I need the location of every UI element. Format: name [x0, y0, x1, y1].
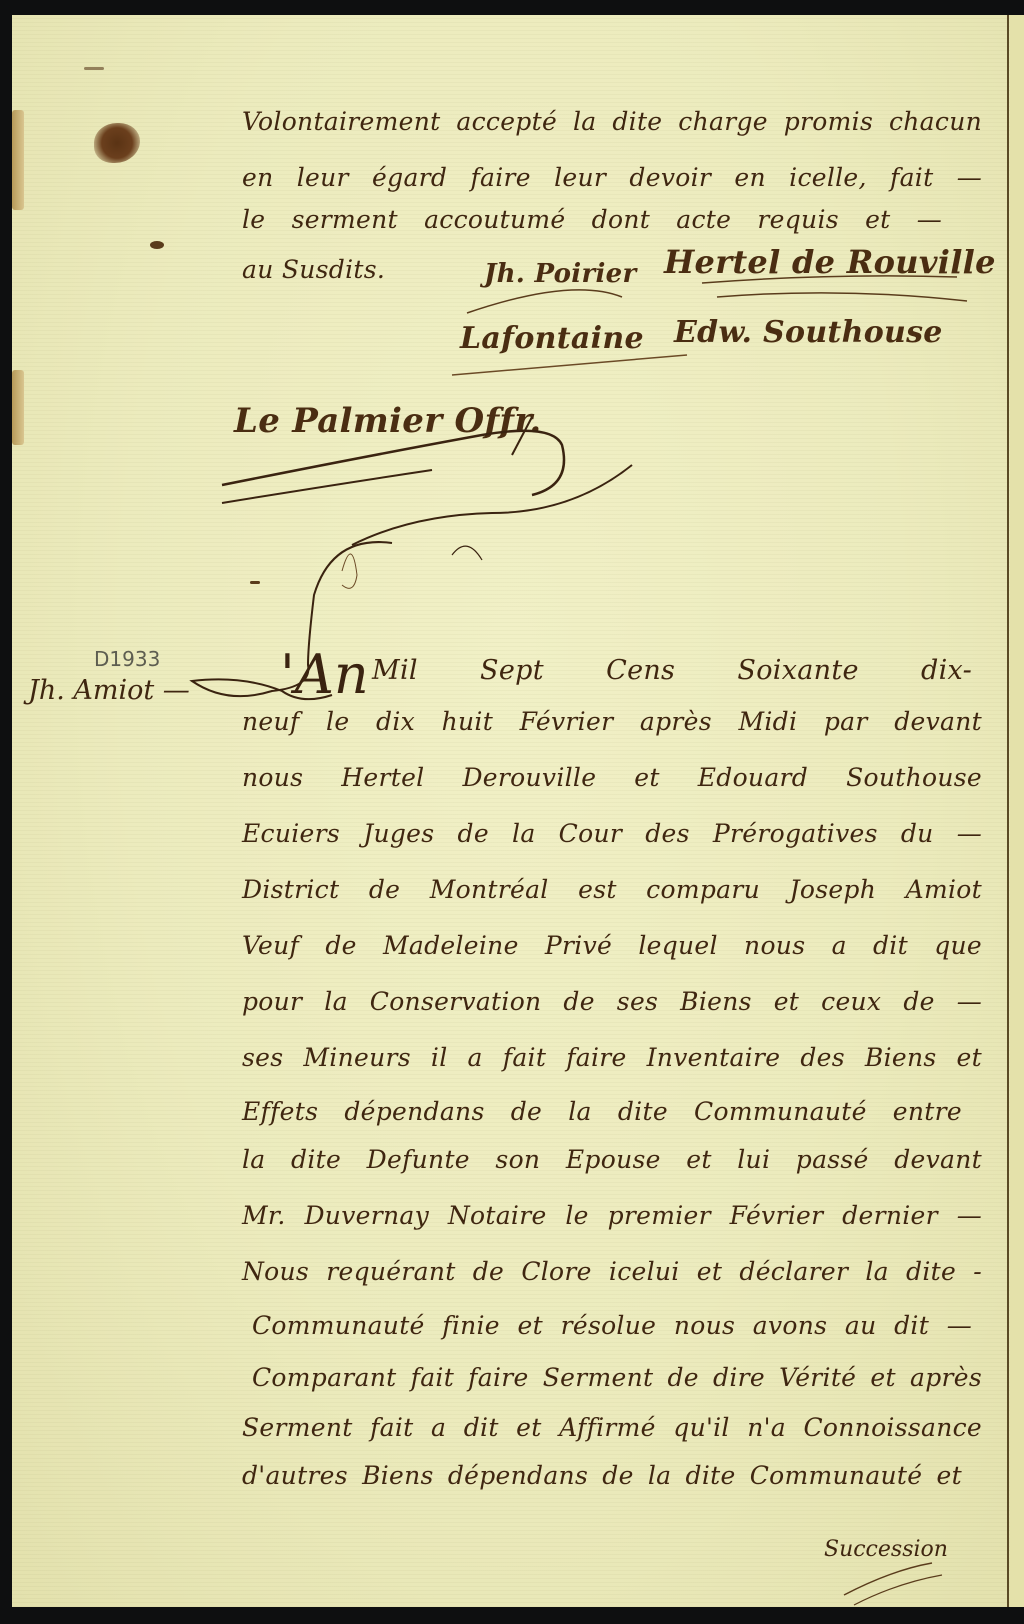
page-fold-line [1007, 15, 1009, 1607]
scan-border-bottom [0, 1610, 1024, 1624]
catchword-flourish [12, 15, 1008, 1615]
manuscript-page: Volontairement accepté la dite charge pr… [12, 15, 1012, 1607]
page-body: Volontairement accepté la dite charge pr… [12, 15, 1008, 1607]
document-scan: Volontairement accepté la dite charge pr… [0, 0, 1024, 1624]
adjacent-page-edge [1010, 15, 1024, 1607]
